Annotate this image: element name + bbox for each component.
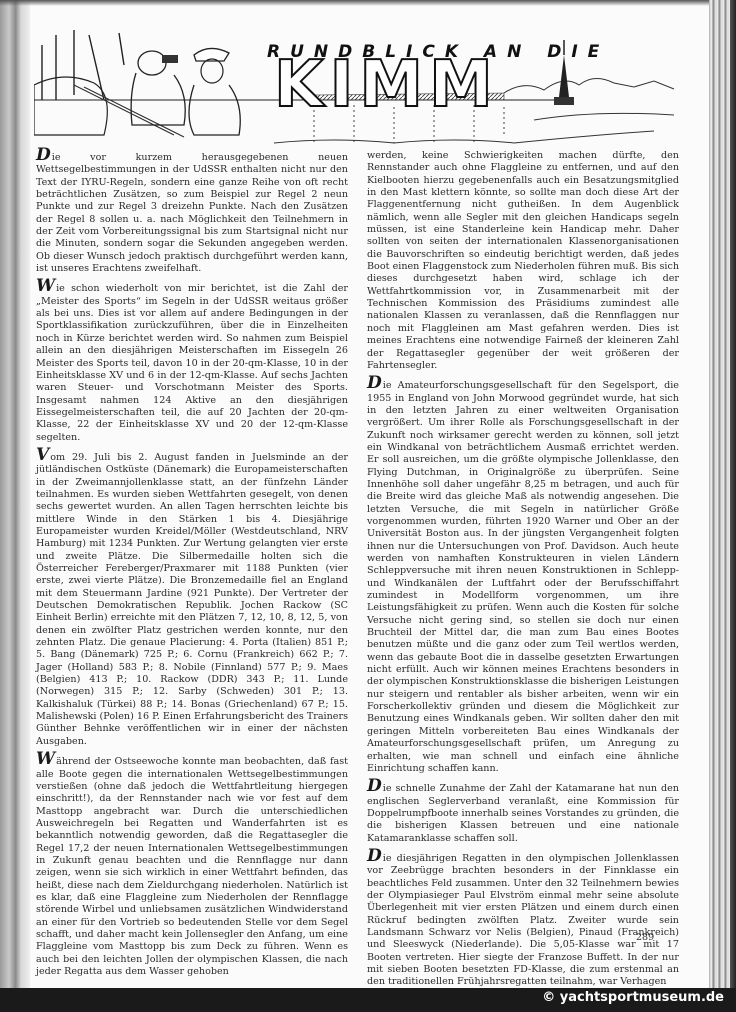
scanned-page: RUNDBLICK AN DIE KIMM Die vor kurzem her… xyxy=(0,0,736,988)
paragraph-text: ährend der Ostseewoche konnte man beobac… xyxy=(36,756,348,977)
paragraph: Vom 29. Juli bis 2. August fanden in Jue… xyxy=(36,450,348,748)
paragraph-text: ie vor kurzem herausgegebenen neuen Wett… xyxy=(36,152,348,274)
paragraph: Die Amateurforschungsgesellschaft für de… xyxy=(367,378,679,775)
magazine-page: RUNDBLICK AN DIE KIMM Die vor kurzem her… xyxy=(34,0,710,988)
header-illustration: RUNDBLICK AN DIE KIMM xyxy=(34,25,710,147)
paragraph: Die diesjährigen Regatten in den olympis… xyxy=(367,851,679,988)
paragraph-text: om 29. Juli bis 2. August fanden in Juel… xyxy=(36,452,348,747)
paragraph: werden, keine Schwierigkeiten machen dür… xyxy=(367,150,679,372)
paragraph-text: werden, keine Schwierigkeiten machen dür… xyxy=(367,150,679,371)
book-gutter xyxy=(0,0,30,988)
drop-initial: D xyxy=(36,145,51,165)
drop-initial: W xyxy=(36,749,55,769)
left-column: Die vor kurzem herausgegebenen neuen Wet… xyxy=(36,150,348,984)
header-title: KIMM xyxy=(274,53,499,117)
paragraph: Die vor kurzem herausgegebenen neuen Wet… xyxy=(36,150,348,275)
drop-initial: V xyxy=(36,445,49,465)
paragraph: Während der Ostseewoche konnte man beoba… xyxy=(36,754,348,978)
right-column: werden, keine Schwierigkeiten machen dür… xyxy=(367,150,679,988)
paragraph-text: ie Amateurforschungsgesellschaft für den… xyxy=(367,380,679,774)
paragraph: Die schnelle Zunahme der Zahl der Katama… xyxy=(367,781,679,845)
paragraph: Wie schon wiederholt von mir berichtet, … xyxy=(36,281,348,443)
drop-initial: D xyxy=(367,373,382,393)
copyright-watermark: © yachtsportmuseum.de xyxy=(542,990,724,1005)
paragraph-text: ie diesjährigen Regatten in den olympisc… xyxy=(367,853,679,987)
paragraph-text: ie schon wiederholt von mir berichtet, i… xyxy=(36,283,348,442)
page-number: 289 xyxy=(636,932,654,943)
drop-initial: D xyxy=(367,846,382,866)
book-page-edges xyxy=(709,0,736,988)
drop-initial: D xyxy=(367,776,382,796)
paragraph-text: ie schnelle Zunahme der Zahl der Katamar… xyxy=(367,783,679,843)
drop-initial: W xyxy=(36,276,55,296)
